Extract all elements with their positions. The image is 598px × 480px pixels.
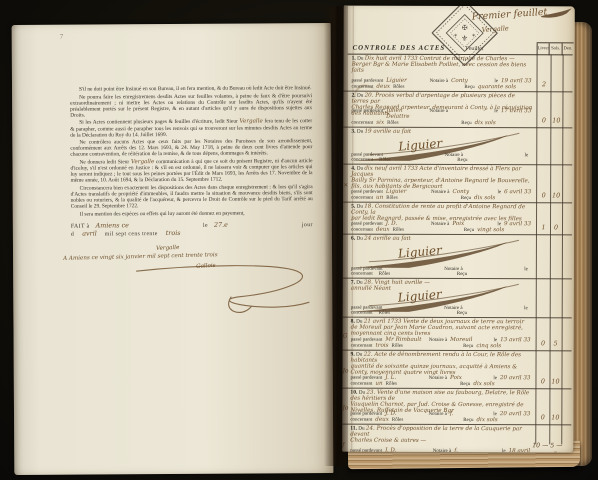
roles-count-handwritten: un [375, 381, 382, 387]
amount-handwritten: vingt sols [477, 227, 531, 233]
mil-label: mil sept cens trente [105, 232, 158, 238]
concernant-label: concernant [350, 418, 372, 423]
notary-name-handwritten: J. D. [386, 221, 428, 227]
amount-handwritten: quarante sols [478, 84, 532, 90]
concernant-label: concernant [351, 121, 373, 126]
recu-label: Reçu [463, 418, 473, 423]
amount-handwritten: dix sols [476, 417, 530, 423]
paragraph: Si les Actes contiennent plusieurs pages… [70, 119, 312, 139]
concernant-label: concernant [351, 228, 373, 233]
roles-label: Rôles [386, 382, 397, 387]
generalite-tax-stamp-icon: ✠ ⚜ ✶ ✶ [432, 6, 498, 67]
paragraph: Ne donnera ledit Sieur Vergalle communic… [70, 158, 312, 184]
entry-line1-handwritten: dix neuf avril 1733 Acte d'inventaire dr… [351, 166, 521, 178]
sols-value: 5 [550, 450, 560, 452]
entry-number: 3. [351, 129, 355, 135]
date-handwritten: 18 avril [509, 448, 531, 452]
void-signature: Liguier [397, 243, 442, 261]
paragraph: Ne pourra faire les enregistremens desdi… [70, 93, 312, 119]
recu-label: Reçu [460, 382, 470, 387]
roles-label: Rôles [391, 344, 402, 349]
entry-form-lines: passé pardevant Liguier Notaire à Conty … [351, 78, 531, 91]
roles-label: Rôles [379, 272, 390, 277]
register-entry-row: 2. Du 20. Procès verbal d'arpentage de p… [343, 93, 572, 129]
entry-description: 5. Du 18. Constitution de rente au profi… [351, 204, 532, 223]
register-entry-row: 3. Du 19 avrille au fait passé pardevant… [343, 129, 572, 166]
recu-label: Reçu [461, 121, 471, 126]
le-label: le [524, 267, 528, 272]
livres-value: 0 [538, 191, 549, 199]
entry-line1-handwritten: 24 avrille au fait [364, 236, 411, 242]
entries: 1. Du Dix huit avril 1733 Contrat de mar… [342, 55, 572, 453]
paragraph: Circonstancera bien exactement les dispo… [71, 184, 313, 210]
d-label: d [71, 232, 74, 238]
roles-count-handwritten: deux [376, 227, 390, 233]
entry-line2-handwritten: annullé Néant [351, 286, 391, 292]
notaire-a-label: Notaire à [431, 222, 449, 227]
recu-label: Reçu [461, 196, 471, 201]
concernant-label: concernant [351, 196, 373, 201]
livres-value: 0 [537, 377, 548, 385]
fait-year-handwritten: trois [166, 230, 181, 236]
du-label: Du [356, 236, 362, 242]
fait-day-handwritten: 27.e [214, 222, 228, 228]
amount-handwritten: dix sols [473, 381, 530, 387]
register-entry-row: × 4. Du dix neuf avril 1733 Acte d'inven… [343, 166, 572, 204]
notaire-a-label: Notaire à [429, 376, 447, 381]
register-entry-row: 7. Du 28. Vingt huit avrille — annullé N… [343, 280, 572, 319]
roles-count-handwritten: un [376, 195, 383, 201]
sols-value: 5 [551, 339, 561, 347]
entry-form-lines: passé pardevant J. L. Notaire à Poix le … [350, 375, 530, 388]
entry-form-lines: passé pardevant Julien Delattre Notaire … [351, 108, 531, 127]
fait-month-handwritten: avril [82, 231, 97, 237]
entry-form-lines: passé pardevant J. D. Notaire à f. le 18… [350, 448, 530, 453]
roles-count-handwritten: deux [375, 417, 389, 423]
entry-line1-handwritten: 24. Procès d'opposition de la terre de l… [350, 426, 522, 438]
recu-label: Reçu [457, 272, 467, 277]
notaire-a-label: Notaire à [428, 412, 446, 417]
roles-label: Rôles [386, 196, 397, 201]
entry-form-lines: passé pardevant Liguier Notaire à Conty … [351, 189, 531, 202]
entry-form-lines: passé pardevant J. D. Notaire à f. le 20… [350, 411, 530, 424]
roles-label: Rôles [379, 158, 390, 163]
recu-label: Reçu [457, 311, 467, 316]
amount-handwritten: dix sols [475, 120, 532, 126]
entry-line1-handwritten: 23. Vente d'une maison sise au faubourg,… [350, 390, 529, 402]
notary-place-handwritten: f. [454, 448, 499, 452]
entry-description: 3. Du 19 avrille au fait [351, 129, 532, 136]
entry-description: 8. Du 21 avril 1733 Vente de deux journa… [351, 319, 532, 338]
register-entry-row: Jo 10. Du 23. Vente d'une maison sise au… [342, 390, 571, 426]
paragraph: S'il ne doit point être Insinué en son B… [70, 85, 312, 93]
entry-form-lines: passé pardevant Notaire à le concernant … [351, 267, 531, 278]
roles-label: Rôles [379, 311, 390, 316]
svg-text:⚜: ⚜ [461, 34, 468, 43]
entry-form-lines: passé pardevant Mr Rimbault Notaire à Mo… [351, 337, 531, 350]
livres-value: 2 [538, 80, 549, 88]
printed-instructions: S'il ne doit point être Insinué en son B… [70, 85, 313, 319]
notaire-a-label: Notaire à [429, 338, 447, 343]
livres-value: 0 [537, 413, 548, 421]
roles-count-handwritten: deux [376, 84, 390, 90]
left-page: 7 S'il ne doit point être Insinué en son… [12, 23, 334, 475]
entry-line1-handwritten: 22. Acte de dénombrement rendu à la Cour… [351, 352, 522, 364]
le-label: le [502, 449, 506, 452]
sols-value: 10 [550, 377, 560, 385]
entry-line1-handwritten: 19 avrille au fait [364, 129, 411, 135]
notary-name-handwritten: J. L. [385, 375, 425, 381]
recu-label: Reçu [463, 344, 473, 349]
notaire-a-label: Notaire à [431, 190, 449, 195]
svg-text:✠: ✠ [462, 24, 468, 32]
fait-block: FAIT à Amiens ce le 27.e jour d avril mi… [71, 221, 313, 238]
register-entry-row: 6. Du 24 avrille au fait passé pardevant… [343, 236, 572, 280]
passe-pardevant-label: passé pardevant [351, 109, 383, 114]
entry-form-lines: passé pardevant Notaire à le concernant … [351, 306, 531, 317]
notary-name-handwritten: Julien Delattre [386, 108, 426, 120]
pencil-folio-mark: 7 [60, 33, 64, 41]
livres-value: 0 [538, 116, 549, 124]
livres-value: 1 [538, 223, 549, 231]
concernant-label: concernant [351, 272, 373, 277]
void-signature: Liguier [398, 136, 443, 154]
entry-form-lines: passé pardevant Notaire à le concernant … [351, 153, 531, 164]
entry-line2-handwritten: Charles Croise & autres — [350, 438, 426, 444]
book-scan: 7 S'il ne doit point être Insinué en son… [0, 0, 598, 480]
sols-value: 10 [551, 191, 561, 199]
roles-label: Rôles [393, 228, 404, 233]
amount-handwritten: dix sols [474, 195, 531, 201]
concernant-label: concernant [350, 382, 372, 387]
entry-line1-handwritten: 20. Procès verbal d'arpentage de plusieu… [351, 93, 514, 105]
concernant-label: concernant [351, 85, 373, 90]
quill-flourish-icon [540, 6, 574, 22]
le-label: le [494, 109, 498, 114]
paragraph: Ne contrôlera aucuns Actes que ceux fait… [70, 138, 312, 158]
register-entry-row: G 8. Du 21 avril 1733 Vente de deux jour… [343, 319, 572, 352]
roles-label: Rôles [387, 121, 398, 126]
le-label: le [525, 153, 529, 158]
notary-name-handwritten: Liguier [386, 189, 428, 195]
right-page: CONTROLE DES ACTES Feuillet Premier feui… [342, 6, 575, 453]
roles-count-handwritten: six [376, 120, 384, 126]
sols-value: 10 [550, 413, 560, 421]
concernant-label: concernant [351, 158, 373, 163]
notaire-a-label: Notaire à [429, 109, 447, 114]
le-label: le [203, 223, 208, 229]
entry-line1-handwritten: 18. Constitution de rente au profit d'An… [351, 204, 525, 216]
paragraph: Il sera mention des espèces ou effets qu… [71, 210, 313, 218]
amount-handwritten: cinq sols [476, 343, 530, 349]
roles-label: Rôles [392, 418, 403, 423]
book-gutter-shadow [324, 6, 348, 466]
svg-text:✶: ✶ [472, 33, 476, 39]
date-handwritten: 17 avril 33 [501, 108, 532, 114]
roles-count-handwritten: trois [376, 343, 389, 349]
concernant-label: concernant [351, 344, 373, 349]
recu-label: Reçu [457, 158, 467, 163]
notaire-a-label: Notaire à [430, 79, 448, 84]
notary-name-handwritten: Mr Rimbault [385, 337, 425, 343]
livres-value: 0 [538, 339, 549, 347]
ink-flourish [131, 262, 313, 319]
roles-label: Rôles [393, 85, 404, 90]
jour-label: jour [302, 222, 313, 228]
notary-name-handwritten: J. D. [385, 448, 430, 453]
entry-description: 6. Du 24 avrille au fait [351, 236, 532, 243]
notary-name-handwritten: Liguier [386, 78, 426, 84]
fait-place-handwritten: Amiens ce [96, 222, 129, 228]
entry-form-lines: passé pardevant J. D. Notaire à Poix le … [351, 221, 531, 234]
sols-value: 0 [551, 223, 561, 231]
sols-value: 10 [551, 116, 561, 124]
recu-label: Reçu [464, 85, 474, 90]
entry-number: 6. [351, 236, 355, 242]
entry-line2-handwritten: de Moreuil par Jean Marie Caudron, suiva… [351, 325, 523, 337]
notary-name-handwritten: J. D. [385, 411, 425, 417]
recu-label: Reçu [464, 228, 474, 233]
page-total: 10 — 5 — [532, 442, 562, 449]
du-label: Du [357, 129, 363, 135]
notaire-a-label: Notaire à [433, 449, 451, 452]
svg-text:✶: ✶ [454, 33, 458, 39]
void-signature: Liguier [397, 287, 442, 305]
concernant-label: concernant [351, 311, 373, 316]
entry-description: 4. Du dix neuf avril 1733 Acte d'inventa… [351, 166, 532, 191]
register-entry-row: 5. Du 18. Constitution de rente au profi… [343, 204, 572, 236]
entry-description: 9. Du 22. Acte de dénombrement rendu à l… [350, 352, 531, 377]
register-entry-row: Jo 9. Du 22. Acte de dénombrement rendu … [342, 352, 571, 390]
le-label: le [524, 306, 528, 311]
fait-label: FAIT à [71, 223, 90, 229]
entry-description: 11. Du 24. Procès d'opposition de la ter… [350, 426, 531, 445]
